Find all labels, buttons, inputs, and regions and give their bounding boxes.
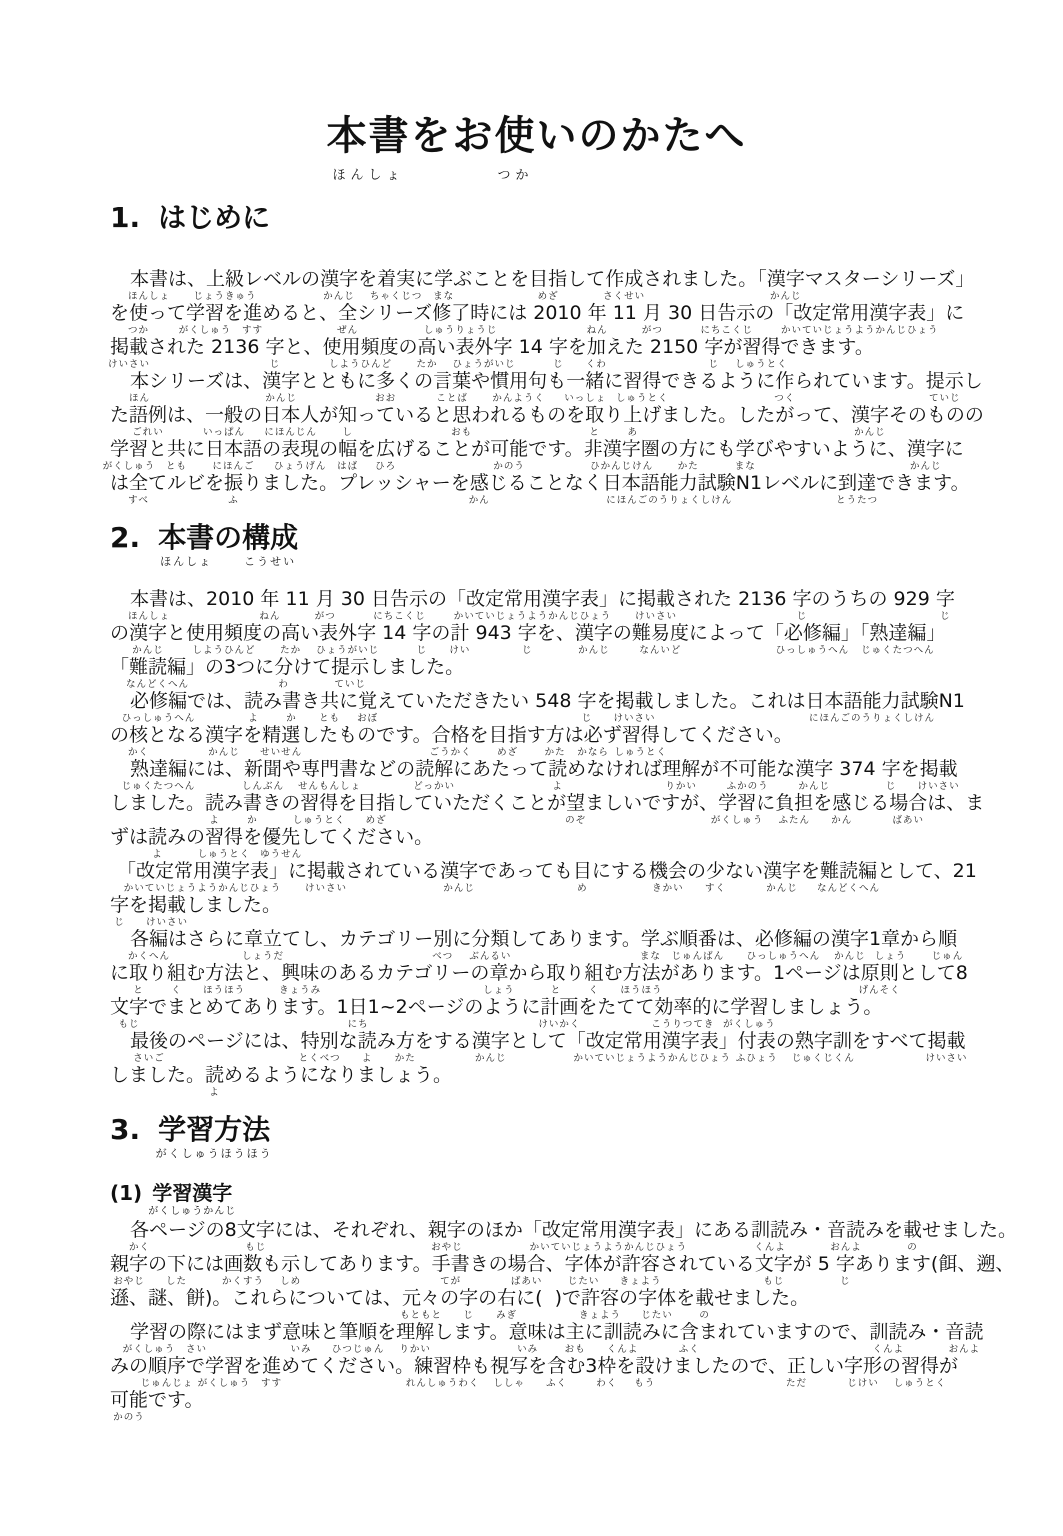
base-text: で	[186, 1355, 205, 1377]
furigana: しゅうとく	[735, 359, 788, 370]
ruby-segment: 日告示にちこくじ	[371, 588, 428, 611]
base-text: 難易度	[632, 622, 689, 644]
base-text: を	[470, 724, 489, 746]
furigana: よ	[152, 849, 163, 860]
ruby-segment: 習得しゅうとく	[623, 370, 661, 393]
furigana: とも	[319, 713, 340, 724]
text-segment: が	[319, 404, 338, 427]
ruby-segment: 到達とうたつ	[838, 472, 876, 495]
base-text: レベルの	[244, 268, 320, 290]
text-segment: の	[882, 1355, 901, 1378]
furigana: かいていじょうようかんじひょう	[124, 883, 282, 894]
ruby-segment: 日本人にほんじん	[262, 404, 319, 427]
ruby-segment: 訓読くんよ	[604, 1321, 642, 1344]
furigana: の	[699, 1310, 710, 1321]
ruby-segment: 合格ごうかく	[432, 724, 470, 747]
base-text: 多	[376, 370, 395, 392]
base-text: の	[660, 438, 679, 460]
ruby-segment: 年ねん	[588, 302, 607, 325]
text-segment: は、	[717, 928, 755, 951]
text-segment: が	[700, 758, 719, 781]
base-text: は	[110, 472, 129, 494]
text-segment: の	[319, 438, 338, 461]
base-text: を	[377, 1321, 396, 1343]
text-line: 学習がくしゅうと共ともに日本語にほんごの表現ひょうげんの幅はばを広ひろげることが…	[110, 438, 963, 472]
text-segment: と	[148, 438, 167, 461]
base-text: や	[471, 370, 490, 392]
base-text: びやすいように、	[755, 438, 907, 460]
furigana: がくしゅう	[711, 815, 764, 826]
text-line: みの順序じゅんじょで学習がくしゅうを進すすめてください。練習枠れんしゅうわくも視…	[110, 1355, 963, 1389]
text-segment: には	[186, 1253, 224, 1276]
text-segment: の「	[755, 302, 793, 325]
text-segment: が	[723, 336, 742, 359]
text-segment: み・	[789, 1219, 827, 1242]
ruby-segment: 使つか	[129, 302, 148, 325]
furigana: ていじ	[929, 393, 961, 404]
furigana: しょう	[875, 951, 907, 962]
base-text: 14	[513, 336, 549, 358]
base-text: けて	[293, 656, 331, 678]
base-text: 漢字	[763, 860, 801, 882]
furigana: がつ	[315, 611, 336, 622]
furigana: と	[551, 985, 562, 996]
furigana: すく	[705, 883, 726, 894]
ruby-segment: 各編かくへん	[130, 928, 168, 951]
ruby-segment: 本書ほんしょ	[130, 588, 168, 611]
base-text: 付表	[738, 1030, 776, 1052]
paragraph: 本書ほんしょは、上級じょうきゅうレベルの漢字かんじを着実ちゃくじつに学まなぶこと…	[110, 268, 963, 370]
text-segment: を	[801, 860, 820, 883]
base-text: を	[801, 860, 820, 882]
text-segment: してください。	[300, 826, 433, 849]
base-text: いのかたへ	[537, 113, 747, 159]
ruby-segment: 字じ	[882, 758, 901, 781]
furigana: ひっしゅうへん	[747, 951, 821, 962]
text-segment: を	[357, 438, 376, 461]
base-text: 字体	[565, 1253, 603, 1275]
base-text: 学習漢字	[152, 1181, 232, 1205]
furigana: にほんごのうりょくしけん	[809, 713, 935, 724]
furigana: りかい	[665, 781, 697, 792]
base-text: の「	[428, 588, 466, 610]
base-text: 機会	[649, 860, 687, 882]
base-text: です。	[528, 438, 583, 460]
text-segment: み	[224, 792, 243, 815]
text-segment: 14	[376, 622, 412, 645]
ruby-segment: 分わ	[274, 656, 293, 679]
ruby-segment: 載の	[695, 1287, 714, 1310]
base-text: 」に	[269, 860, 307, 882]
base-text: と	[320, 1321, 339, 1343]
base-text: の	[110, 724, 129, 746]
base-text: 修了時	[432, 302, 489, 324]
base-text: をたてて	[578, 996, 654, 1018]
base-text: を	[901, 758, 920, 780]
ruby-segment: 学習がくしゅう	[718, 792, 756, 815]
ruby-segment: 理解りかい	[662, 758, 700, 781]
base-text: 親字	[428, 1219, 466, 1241]
text-segment: そのものの	[889, 404, 984, 427]
text-segment: を	[243, 1355, 262, 1378]
text-segment: ぶ	[660, 928, 679, 951]
base-text: N1	[939, 690, 965, 712]
furigana: こうせい	[244, 556, 296, 569]
base-text: 右	[497, 1287, 516, 1309]
text-segment: です。	[148, 1389, 203, 1412]
base-text: も	[547, 370, 566, 392]
base-text: に	[110, 962, 129, 984]
base-text: と	[148, 438, 167, 460]
base-text: 広	[376, 438, 395, 460]
base-text: 年	[588, 302, 607, 324]
ruby-segment: 親字おやじ	[110, 1253, 148, 1276]
base-text: 親字	[110, 1253, 148, 1275]
base-text: を	[616, 1355, 635, 1377]
text-line: 「難読編なんどくへん」の3つに分わけて提示ていじしました。	[110, 656, 963, 690]
text-segment: されました。「	[643, 268, 767, 291]
base-text: 分	[274, 656, 293, 678]
base-text: に	[756, 792, 775, 814]
base-text: 読	[148, 826, 167, 848]
section-number: 1.	[110, 202, 140, 234]
base-text: めると、	[262, 302, 338, 324]
furigana: ひっしゅうへん	[122, 713, 196, 724]
ruby-segment: 漢字かんじ	[440, 860, 478, 883]
base-text: 学習方法	[158, 1113, 270, 1146]
base-text: してください。	[660, 724, 793, 746]
ruby-segment: 字じ	[578, 690, 597, 713]
base-text: 熟達編	[130, 758, 187, 780]
ruby-segment: 必かなら	[584, 724, 603, 747]
ruby-segment: 学まな	[641, 928, 660, 951]
base-text: 作成	[605, 268, 643, 290]
base-text: 表現	[281, 438, 319, 460]
base-text: 設	[635, 1355, 654, 1377]
furigana: ほんしょ	[160, 556, 212, 569]
ruby-segment: 特別とくべつ	[301, 1030, 339, 1053]
base-text: 学習	[130, 1321, 168, 1343]
base-text: 1	[869, 928, 881, 950]
base-text: 月	[316, 588, 335, 610]
base-text: 音読	[827, 1219, 865, 1241]
base-text: た	[110, 404, 129, 426]
furigana: みぎ	[496, 1310, 517, 1321]
text-segment: レベルの	[244, 268, 320, 291]
ruby-segment: 組く	[584, 962, 603, 985]
text-segment: り	[565, 962, 584, 985]
text-segment: を	[676, 1287, 695, 1310]
base-text: です。	[148, 1389, 203, 1411]
furigana: じゅんばん	[672, 951, 725, 962]
text-segment: の	[619, 1287, 638, 1310]
ruby-segment: 一般いっぱん	[205, 404, 243, 427]
ruby-segment: 作つく	[775, 370, 794, 393]
text-segment: には 2010	[489, 302, 587, 325]
base-text: 一般	[205, 404, 243, 426]
furigana: ねん	[587, 325, 608, 336]
text-segment: い	[300, 622, 319, 645]
base-text: 日本語能力試験	[603, 472, 736, 494]
base-text: む3	[566, 1355, 597, 1377]
text-segment: 11	[607, 302, 643, 325]
ruby-segment: 字じ	[549, 336, 568, 359]
subsection-heading: (1)学習漢字がくしゅうかんじ	[110, 1181, 963, 1219]
base-text: 掲載	[616, 690, 654, 712]
base-text: きの	[470, 1253, 508, 1275]
text-segment: に( )で	[516, 1287, 581, 1310]
text-line: 掲載けいさいされた 2136 字じと、使用頻度しようひんどの高たかい表外字ひょう…	[110, 336, 963, 370]
base-text: 順	[938, 928, 957, 950]
text-segment: てし、カテゴリー	[282, 928, 433, 951]
ruby-segment: 文字もじ	[237, 1219, 275, 1242]
base-text: む	[186, 962, 205, 984]
base-text: 音読	[945, 1321, 983, 1343]
text-segment: しました。	[110, 792, 205, 815]
ruby-segment: 書か	[243, 792, 262, 815]
base-text: 字	[836, 1253, 855, 1275]
base-text: 習得	[623, 370, 661, 392]
ruby-segment: 順番じゅんばん	[679, 928, 717, 951]
ruby-segment: 字じ	[793, 588, 812, 611]
base-text: みを	[865, 1219, 903, 1241]
paragraph: 各かくページの8文字もじには、それぞれ、親字おやじのほか「改定常用漢字表かいてい…	[110, 1219, 963, 1321]
base-text: を、	[537, 622, 575, 644]
text-segment: めるようになりましょう。	[224, 1064, 452, 1087]
base-text: めてください。	[281, 1355, 414, 1377]
ruby-segment: 望のぞ	[566, 792, 585, 815]
text-line: 字じを掲載けいさいしました。	[110, 894, 963, 928]
furigana: ふたん	[778, 815, 810, 826]
base-text: には 2010	[489, 302, 587, 324]
ruby-segment: 提示ていじ	[331, 656, 369, 679]
base-text: 難読編	[820, 860, 877, 882]
ruby-segment: 掲載けいさい	[927, 1030, 965, 1053]
base-text: 提示	[331, 656, 369, 678]
ruby-segment: 計画けいかく	[540, 996, 578, 1019]
base-text: ページの8	[149, 1219, 237, 1241]
ruby-segment: 書か	[282, 690, 301, 713]
text-segment: は、	[168, 268, 206, 291]
base-text: された 2136	[148, 336, 265, 358]
base-text: し	[964, 370, 983, 392]
base-text: 優先	[262, 826, 300, 848]
base-text: 意味	[509, 1321, 547, 1343]
furigana: とも	[166, 461, 187, 472]
furigana: かんじ	[265, 393, 297, 404]
paragraph: 学習がくしゅうの際さいにはまず意味いみと筆順ひつじゅんを理解りかいします。意味い…	[110, 1321, 963, 1423]
base-text: 着実	[377, 268, 415, 290]
text-segment: や	[282, 758, 301, 781]
furigana: ばあい	[893, 815, 925, 826]
text-segment: けて	[293, 656, 331, 679]
text-segment: を	[597, 690, 616, 713]
base-text: 字体	[638, 1287, 676, 1309]
text-segment: みを	[865, 1219, 903, 1242]
base-text: 取	[585, 404, 604, 426]
base-text: が	[603, 1253, 622, 1275]
ruby-segment: 音読おんよ	[945, 1321, 983, 1344]
furigana: ぜん	[337, 325, 358, 336]
base-text: 核	[129, 724, 148, 746]
base-text: はじめに	[158, 201, 270, 234]
base-text: を	[528, 1355, 547, 1377]
furigana: しんぶん	[242, 781, 284, 792]
ruby-segment: 使つか	[495, 112, 537, 160]
text-segment: み・	[907, 1321, 945, 1344]
ruby-segment: 月がつ	[316, 588, 335, 611]
base-text: 漢字	[440, 860, 478, 882]
ruby-segment: 必修編ひっしゅうへん	[784, 622, 841, 645]
text-segment: が 5	[793, 1253, 836, 1276]
ruby-segment: 漢字かんじ	[795, 758, 833, 781]
ruby-segment: 示しめ	[281, 1253, 300, 1276]
base-text: では、	[187, 690, 244, 712]
base-text: の	[613, 622, 632, 644]
ruby-segment: 方かた	[396, 1030, 415, 1053]
base-text: 943	[469, 622, 517, 644]
furigana: にほんご	[213, 461, 255, 472]
ruby-segment: 習得しゅうとく	[300, 792, 338, 815]
ruby-segment: 本ほん	[130, 370, 149, 393]
base-text: 」の3つに	[186, 656, 274, 678]
base-text: 取	[129, 962, 148, 984]
furigana: かんじ	[208, 747, 240, 758]
text-segment: に	[756, 792, 775, 815]
furigana: ことば	[436, 393, 468, 404]
furigana: しゅうとく	[293, 815, 346, 826]
base-text: にも	[698, 438, 736, 460]
base-text: として8	[899, 962, 968, 984]
ruby-segment: 共とも	[320, 690, 339, 713]
text-segment: の「	[428, 588, 466, 611]
base-text: にあたって	[453, 758, 548, 780]
ruby-segment: 振ふ	[224, 472, 243, 495]
base-text: してあります。	[509, 928, 640, 950]
ruby-segment: 熟達編じゅくたつへん	[130, 758, 187, 781]
base-text: にはまず	[206, 1321, 282, 1343]
base-text: の	[262, 622, 281, 644]
ruby-segment: 字じ	[518, 622, 537, 645]
ruby-segment: 手書てが	[432, 1253, 470, 1276]
base-text: 書	[282, 690, 301, 712]
ruby-segment: 使用頻度しようひんど	[186, 622, 262, 645]
base-text: 思	[452, 404, 471, 426]
ruby-segment: 覚おぼ	[358, 690, 377, 713]
furigana: ひょうがいじ	[453, 359, 516, 370]
text-segment: で	[186, 1355, 205, 1378]
ruby-segment: 掲載けいさい	[307, 860, 345, 883]
text-segment: があります。1ページは	[660, 962, 860, 985]
ruby-segment: 章しょう	[489, 962, 508, 985]
ruby-segment: 訓読くんよ	[751, 1219, 789, 1242]
text-line: 各かくページの8文字もじには、それぞれ、親字おやじのほか「改定常用漢字表かいてい…	[110, 1219, 963, 1253]
base-text: しました。	[110, 792, 205, 814]
text-line: 最後さいごのページには、特別とくべつな読よみ方かたをする漢字かんじとして「改定常…	[110, 1030, 963, 1064]
furigana: かんようく	[492, 393, 545, 404]
base-text: 本書	[130, 588, 168, 610]
base-text: す	[527, 724, 546, 746]
base-text: 読	[244, 690, 263, 712]
base-text: 各	[130, 1219, 149, 1241]
ruby-segment: 掲載けいさい	[616, 690, 654, 713]
ruby-segment: 機会きかい	[649, 860, 687, 883]
ruby-segment: 上級じょうきゅう	[206, 268, 244, 291]
base-text: られています。	[794, 370, 925, 392]
text-segment: を	[110, 302, 129, 325]
furigana: ごれい	[132, 427, 164, 438]
ruby-segment: 許容きょよう	[581, 1287, 619, 1310]
base-text: は	[565, 724, 584, 746]
furigana: きょよう	[579, 1310, 621, 1321]
base-text: には、それぞれ、	[275, 1219, 428, 1241]
text-segment: を	[377, 1321, 396, 1344]
ruby-segment: 文字もじ	[110, 996, 148, 1019]
text-segment: じる	[851, 792, 889, 815]
ruby-segment: 際さい	[187, 1321, 206, 1344]
text-segment: と	[320, 1321, 339, 1344]
furigana: おお	[375, 393, 396, 404]
text-segment: は	[565, 724, 584, 747]
base-text: 「	[110, 656, 129, 678]
text-line: の核かくとなる漢字かんじを精選せいせんしたものです。合格ごうかくを目指めざす方か…	[110, 724, 963, 758]
ruby-segment: 親字おやじ	[428, 1219, 466, 1242]
ruby-segment: 幅はば	[338, 438, 357, 461]
base-text: の	[262, 438, 281, 460]
furigana: ゆうせん	[260, 849, 302, 860]
base-text: 振	[224, 472, 243, 494]
base-text: が	[700, 758, 719, 780]
text-segment: しましょう。	[768, 996, 882, 1019]
ruby-segment: 主おも	[566, 1321, 585, 1344]
base-text: 必修編	[130, 690, 187, 712]
ruby-segment: 各かく	[130, 1219, 149, 1242]
ruby-segment: 許容きょよう	[622, 1253, 660, 1276]
ruby-segment: 非漢字圏ひかんじけん	[584, 438, 660, 461]
text-line: 本ほんシリーズは、漢字かんじとともに多おおくの言葉ことばや慣用句かんようくも一緒…	[110, 370, 963, 404]
base-text: 使	[495, 113, 537, 159]
base-text: 習得	[205, 826, 243, 848]
base-text: のほか「	[466, 1219, 542, 1241]
page-title: 本書ほんしょをお使つかいのかたへ	[110, 112, 963, 178]
furigana: の	[907, 1242, 918, 1253]
base-text: 効率的	[654, 996, 711, 1018]
paragraph: 各編かくへんはさらに章立しょうだてし、カテゴリー別べつに分類ぶんるいしてあります…	[110, 928, 963, 1030]
base-text: 14	[376, 622, 412, 644]
base-text: 漢字	[831, 928, 869, 950]
base-text: してあります。	[300, 1253, 431, 1275]
ruby-segment: 音読おんよ	[827, 1219, 865, 1242]
text-segment: として8	[899, 962, 968, 985]
furigana: せんもんしょ	[298, 781, 361, 792]
text-segment: の	[214, 522, 242, 554]
ruby-segment: 漢字かんじ	[472, 1030, 510, 1053]
paragraph: 熟達編じゅくたつへんには、新聞しんぶんや専門書せんもんしょなどの読解どっかいにあ…	[110, 758, 963, 860]
ruby-segment: 学まな	[736, 438, 755, 461]
text-segment: から	[508, 962, 546, 985]
base-text: 章立	[244, 928, 282, 950]
base-text: を	[358, 268, 377, 290]
base-text: の	[619, 1287, 638, 1309]
base-text: が 5	[793, 1253, 836, 1275]
ruby-segment: 別べつ	[433, 928, 452, 951]
base-text: 月	[643, 302, 662, 324]
base-text: されました。「	[643, 268, 767, 290]
base-text: 使	[129, 302, 148, 324]
furigana: おんよ	[830, 1242, 862, 1253]
base-text: 望	[566, 792, 585, 814]
base-text: 」	[719, 1030, 738, 1052]
